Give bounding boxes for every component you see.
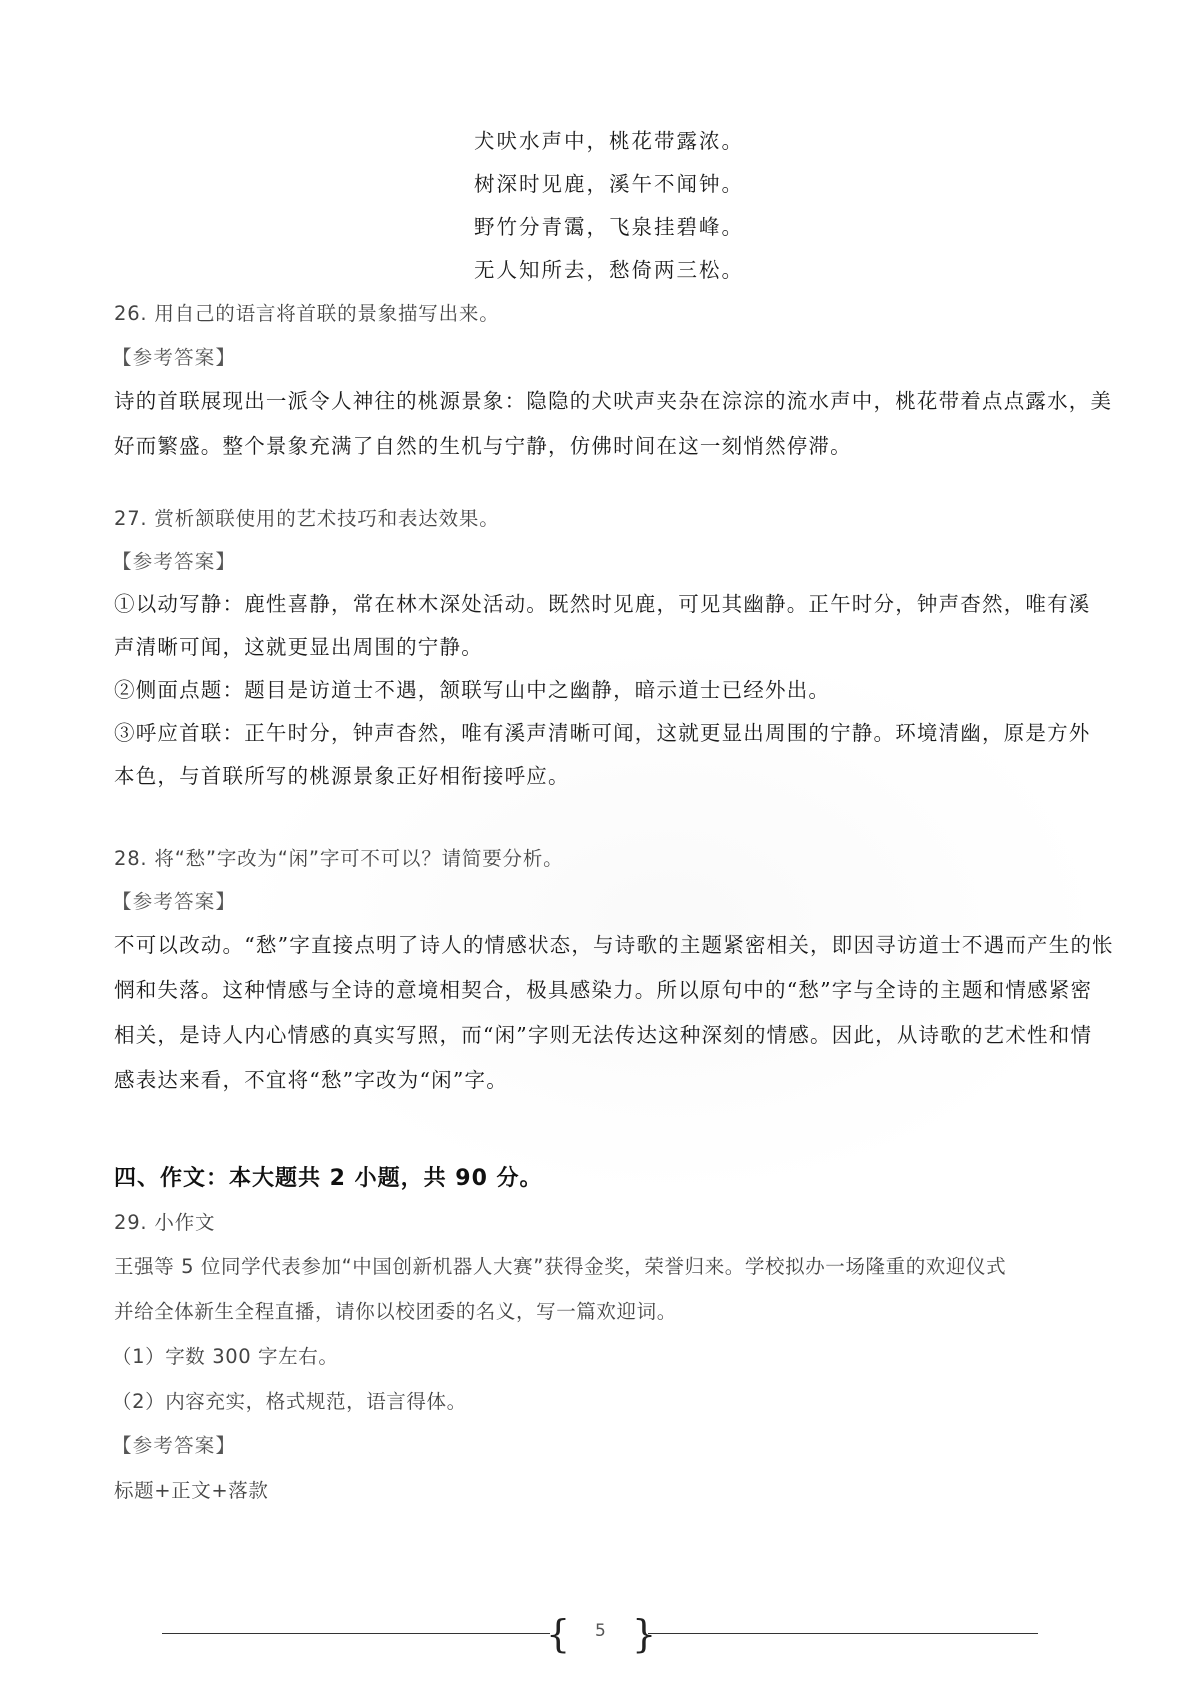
answer-27-line-2: 声清晰可闻，这就更显出周围的宁静。 [114, 634, 483, 660]
q29-requirement-1: （1）字数 300 字左右。 [112, 1344, 338, 1370]
answer-27-line-1: ①以动写静：鹿性喜静，常在林木深处活动。既然时见鹿，可见其幽静。正午时分，钟声杳… [114, 591, 1091, 617]
answer-26-line-1: 诗的首联展现出一派令人神往的桃源景象：隐隐的犬吠声夹杂在淙淙的流水声中，桃花带着… [114, 388, 1112, 414]
poem-line-1: 犬吠水声中，桃花带露浓。 [474, 128, 744, 154]
question-29: 29. 小作文 [114, 1210, 215, 1236]
answer-27-line-5: 本色，与首联所写的桃源景象正好相衔接呼应。 [114, 763, 570, 789]
footer-right-brace: } [632, 1614, 656, 1654]
answer-27-line-3: ②侧面点题：题目是访道士不遇，颔联写山中之幽静，暗示道士已经外出。 [114, 677, 830, 703]
answer-26-line-2: 好而繁盛。整个景象充满了自然的生机与宁静，仿佛时间在这一刻悄然停滞。 [114, 433, 852, 459]
answer-28-line-3: 相关，是诗人内心情感的真实写照，而“闲”字则无法传达这种深刻的情感。因此，从诗歌… [114, 1022, 1092, 1048]
footer-rule-left [162, 1633, 550, 1634]
footer-rule-right [648, 1633, 1038, 1634]
footer-left-brace: { [546, 1614, 570, 1654]
answer-tag-28: 【参考答案】 [112, 889, 236, 915]
question-28: 28. 将“愁”字改为“闲”字可不可以？请简要分析。 [114, 846, 563, 872]
answer-29: 标题+正文+落款 [114, 1478, 268, 1504]
section-4-title: 四、作文：本大题共 2 小题，共 90 分。 [114, 1166, 543, 1192]
answer-28-line-4: 感表达来看，不宜将“愁”字改为“闲”字。 [114, 1067, 508, 1093]
q29-prompt-line-2: 并给全体新生全程直播，请你以校团委的名义，写一篇欢迎词。 [114, 1299, 677, 1325]
document-page: 犬吠水声中，桃花带露浓。 树深时见鹿，溪午不闻钟。 野竹分青霭，飞泉挂碧峰。 无… [0, 0, 1190, 1683]
q29-requirement-2: （2）内容充实，格式规范，语言得体。 [112, 1389, 467, 1415]
answer-tag-26: 【参考答案】 [112, 345, 236, 371]
q29-prompt-line-1: 王强等 5 位同学代表参加“中国创新机器人大赛”获得金奖，荣誉归来。学校拟办一场… [114, 1254, 1006, 1280]
page-number: 5 [595, 1621, 606, 1641]
answer-tag-29: 【参考答案】 [112, 1433, 236, 1459]
answer-28-line-1: 不可以改动。“愁”字直接点明了诗人的情感状态，与诗歌的主题紧密相关，即因寻访道士… [114, 932, 1114, 958]
poem-line-3: 野竹分青霭，飞泉挂碧峰。 [474, 214, 744, 240]
answer-tag-27: 【参考答案】 [112, 549, 236, 575]
poem-line-4: 无人知所去，愁倚两三松。 [474, 257, 744, 283]
poem-line-2: 树深时见鹿，溪午不闻钟。 [474, 171, 744, 197]
question-27: 27. 赏析颔联使用的艺术技巧和表达效果。 [114, 506, 500, 532]
answer-27-line-4: ③呼应首联：正午时分，钟声杳然，唯有溪声清晰可闻，这就更显出周围的宁静。环境清幽… [114, 720, 1091, 746]
answer-28-line-2: 惘和失落。这种情感与全诗的意境相契合，极具感染力。所以原句中的“愁”字与全诗的主… [114, 977, 1092, 1003]
question-26: 26. 用自己的语言将首联的景象描写出来。 [114, 301, 500, 327]
